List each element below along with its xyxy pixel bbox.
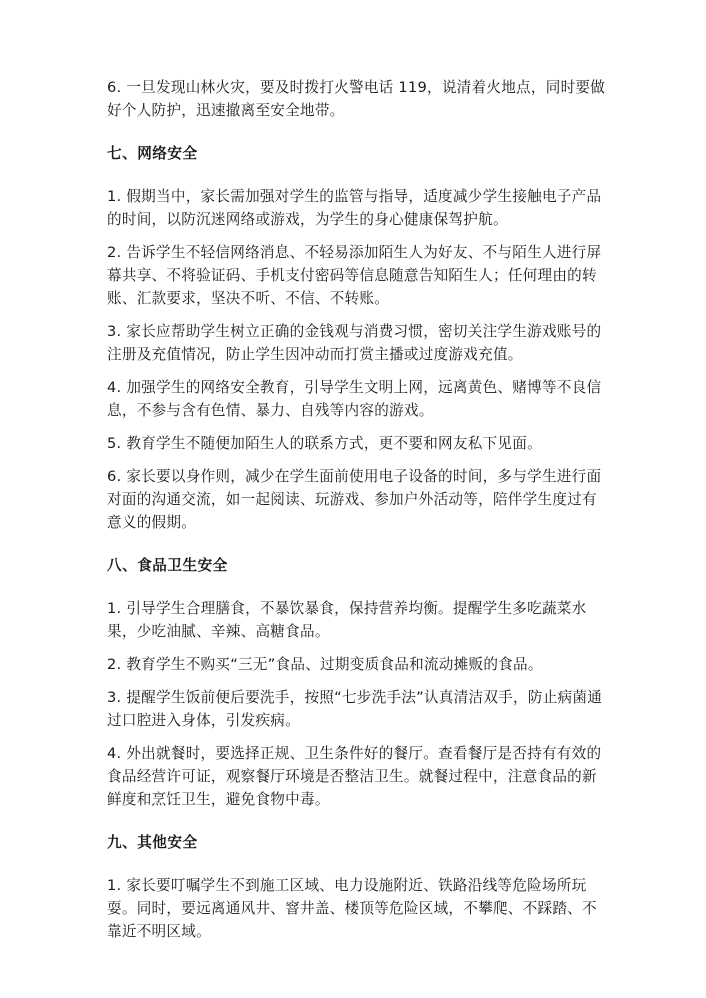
paragraph-fire-6: 6. 一旦发现山林火灾，要及时拨打火警电话 119，说清着火地点，同时要做好个人…: [107, 76, 607, 122]
paragraph: 1. 引导学生合理膳食，不暴饮暴食，保持营养均衡。提醒学生多吃蔬菜水果，少吃油腻…: [107, 597, 607, 643]
section-heading: 九、其他安全: [107, 831, 607, 854]
section-food-safety: 八、食品卫生安全 1. 引导学生合理膳食，不暴饮暴食，保持营养均衡。提醒学生多吃…: [107, 554, 607, 811]
paragraph: 3. 家长应帮助学生树立正确的金钱观与消费习惯，密切关注学生游戏账号的注册及充值…: [107, 320, 607, 366]
section-network-safety: 七、网络安全 1. 假期当中，家长需加强对学生的监管与指导，适度减少学生接触电子…: [107, 142, 607, 534]
section-heading: 七、网络安全: [107, 142, 607, 165]
paragraph: 2. 教育学生不购买“三无”食品、过期变质食品和流动摊贩的食品。: [107, 653, 607, 676]
paragraph: 2. 告诉学生不轻信网络消息、不轻易添加陌生人为好友、不与陌生人进行屏幕共享、不…: [107, 241, 607, 310]
paragraph: 1. 假期当中，家长需加强对学生的监管与指导，适度减少学生接触电子产品的时间，以…: [107, 185, 607, 231]
section-other-safety: 九、其他安全 1. 家长要叮嘱学生不到施工区域、电力设施附近、铁路沿线等危险场所…: [107, 831, 607, 943]
paragraph: 4. 加强学生的网络安全教育，引导学生文明上网，远离黄色、赌博等不良信息，不参与…: [107, 376, 607, 422]
paragraph: 1. 家长要叮嘱学生不到施工区域、电力设施附近、铁路沿线等危险场所玩耍。同时，要…: [107, 874, 607, 943]
paragraph: 5. 教育学生不随便加陌生人的联系方式，更不要和网友私下见面。: [107, 432, 607, 455]
paragraph: 4. 外出就餐时，要选择正规、卫生条件好的餐厅。查看餐厅是否持有有效的食品经营许…: [107, 742, 607, 811]
document-page: 6. 一旦发现山林火灾，要及时拨打火警电话 119，说清着火地点，同时要做好个人…: [107, 76, 607, 943]
paragraph: 6. 家长要以身作则，减少在学生面前使用电子设备的时间，多与学生进行面对面的沟通…: [107, 465, 607, 534]
section-heading: 八、食品卫生安全: [107, 554, 607, 577]
paragraph: 3. 提醒学生饭前便后要洗手，按照“七步洗手法”认真清洁双手，防止病菌通过口腔进…: [107, 686, 607, 732]
